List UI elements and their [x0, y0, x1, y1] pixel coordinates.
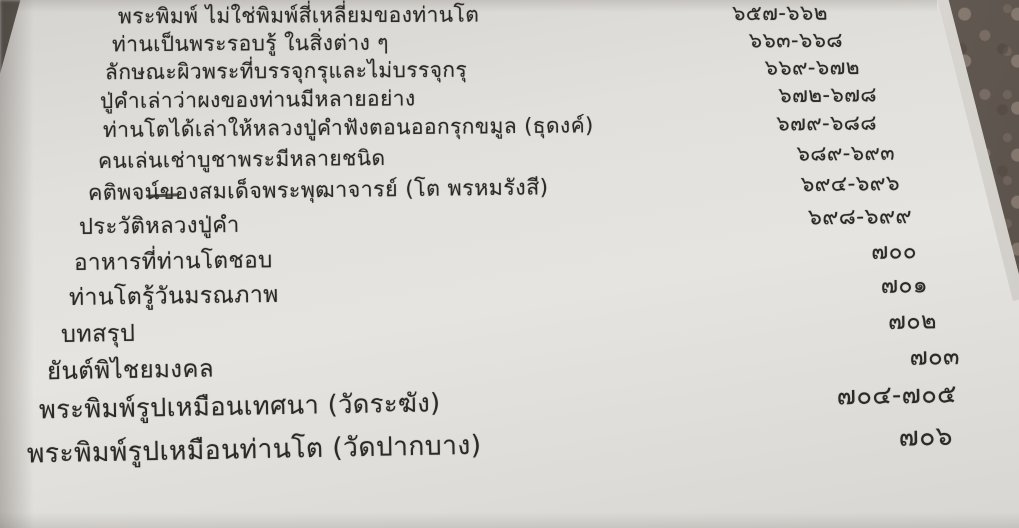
- toc-entry-pages: ๗๐๐: [871, 236, 917, 267]
- page-edge-shadow-bottom: [0, 512, 1019, 528]
- page-edge-shadow-top: [0, 0, 937, 12]
- page-edge-shadow-left: [0, 0, 34, 528]
- toc-entry-pages: ๖๖๓-๖๖๘: [749, 26, 843, 55]
- toc-entry-title: คติพจน์ของสมเด็จพระพุฒาจารย์ (โต พรหมรัง…: [88, 173, 549, 208]
- toc-entry-pages: ๗๐๒: [888, 305, 937, 337]
- toc-entry-pages: ๖๗๒-๖๗๘: [778, 80, 877, 109]
- toc-entry-title: อาหารที่ท่านโตชอบ: [74, 245, 273, 278]
- toc-entry-title: พระพิมพ์รูปเหมือนเทศนา (วัดระฆัง): [39, 386, 441, 427]
- toc-entry-pages: ๖๖๙-๖๗๒: [764, 53, 860, 82]
- toc-list: พระพิมพ์ ไม่ใช่พิมพ์สี่เหลี่ยมของท่านโต …: [0, 0, 1019, 528]
- toc-entry-pages: ๗๐๑: [881, 270, 929, 302]
- toc-entry-title: ท่านเป็นพระรอบรู้ ในสิ่งต่าง ๆ: [112, 29, 389, 59]
- toc-entry-title: ท่านโตรู้วันมรณภาพ: [69, 280, 279, 314]
- toc-entry-title: ปู่คำเล่าว่าผงของท่านมีหลายอย่าง: [100, 84, 416, 115]
- toc-entry-title: บทสรุป: [61, 318, 136, 351]
- toc-entry-pages: ๖๙๔-๖๙๖: [800, 169, 900, 199]
- toc-entry-title: ท่านโตได้เล่าให้หลวงปู่คำฟังตอนออกรุกขมู…: [103, 111, 594, 144]
- document-photo: พระพิมพ์ ไม่ใช่พิมพ์สี่เหลี่ยมของท่านโต …: [0, 0, 1019, 528]
- toc-entry-title: ประวัติหลวงปู่คำ: [79, 211, 240, 243]
- toc-entry-pages: ๖๘๙-๖๙๓: [796, 139, 895, 168]
- toc-entry-title: ลักษณะผิวพระที่บรรจุกรุและไม่บรรจุกรุ: [105, 56, 467, 87]
- toc-entry-pages: ๖๗๙-๖๘๘: [776, 109, 877, 138]
- toc-entry-pages: ๗๐๓: [909, 340, 960, 373]
- toc-entry-title: พระพิมพ์รูปเหมือนท่านโต (วัดปากบาง): [27, 428, 482, 472]
- toc-entry-title: ยันต์พิไชยมงคล: [47, 352, 215, 387]
- toc-entry-pages: ๗๐๖: [898, 419, 953, 456]
- toc-entry-pages: ๗๐๔-๗๐๕: [836, 377, 957, 414]
- toc-entry-title: คนเล่นเช่าบูชาพระมีหลายชนิด: [98, 144, 386, 175]
- toc-entry-pages: ๖๙๘-๖๙๙: [808, 202, 912, 233]
